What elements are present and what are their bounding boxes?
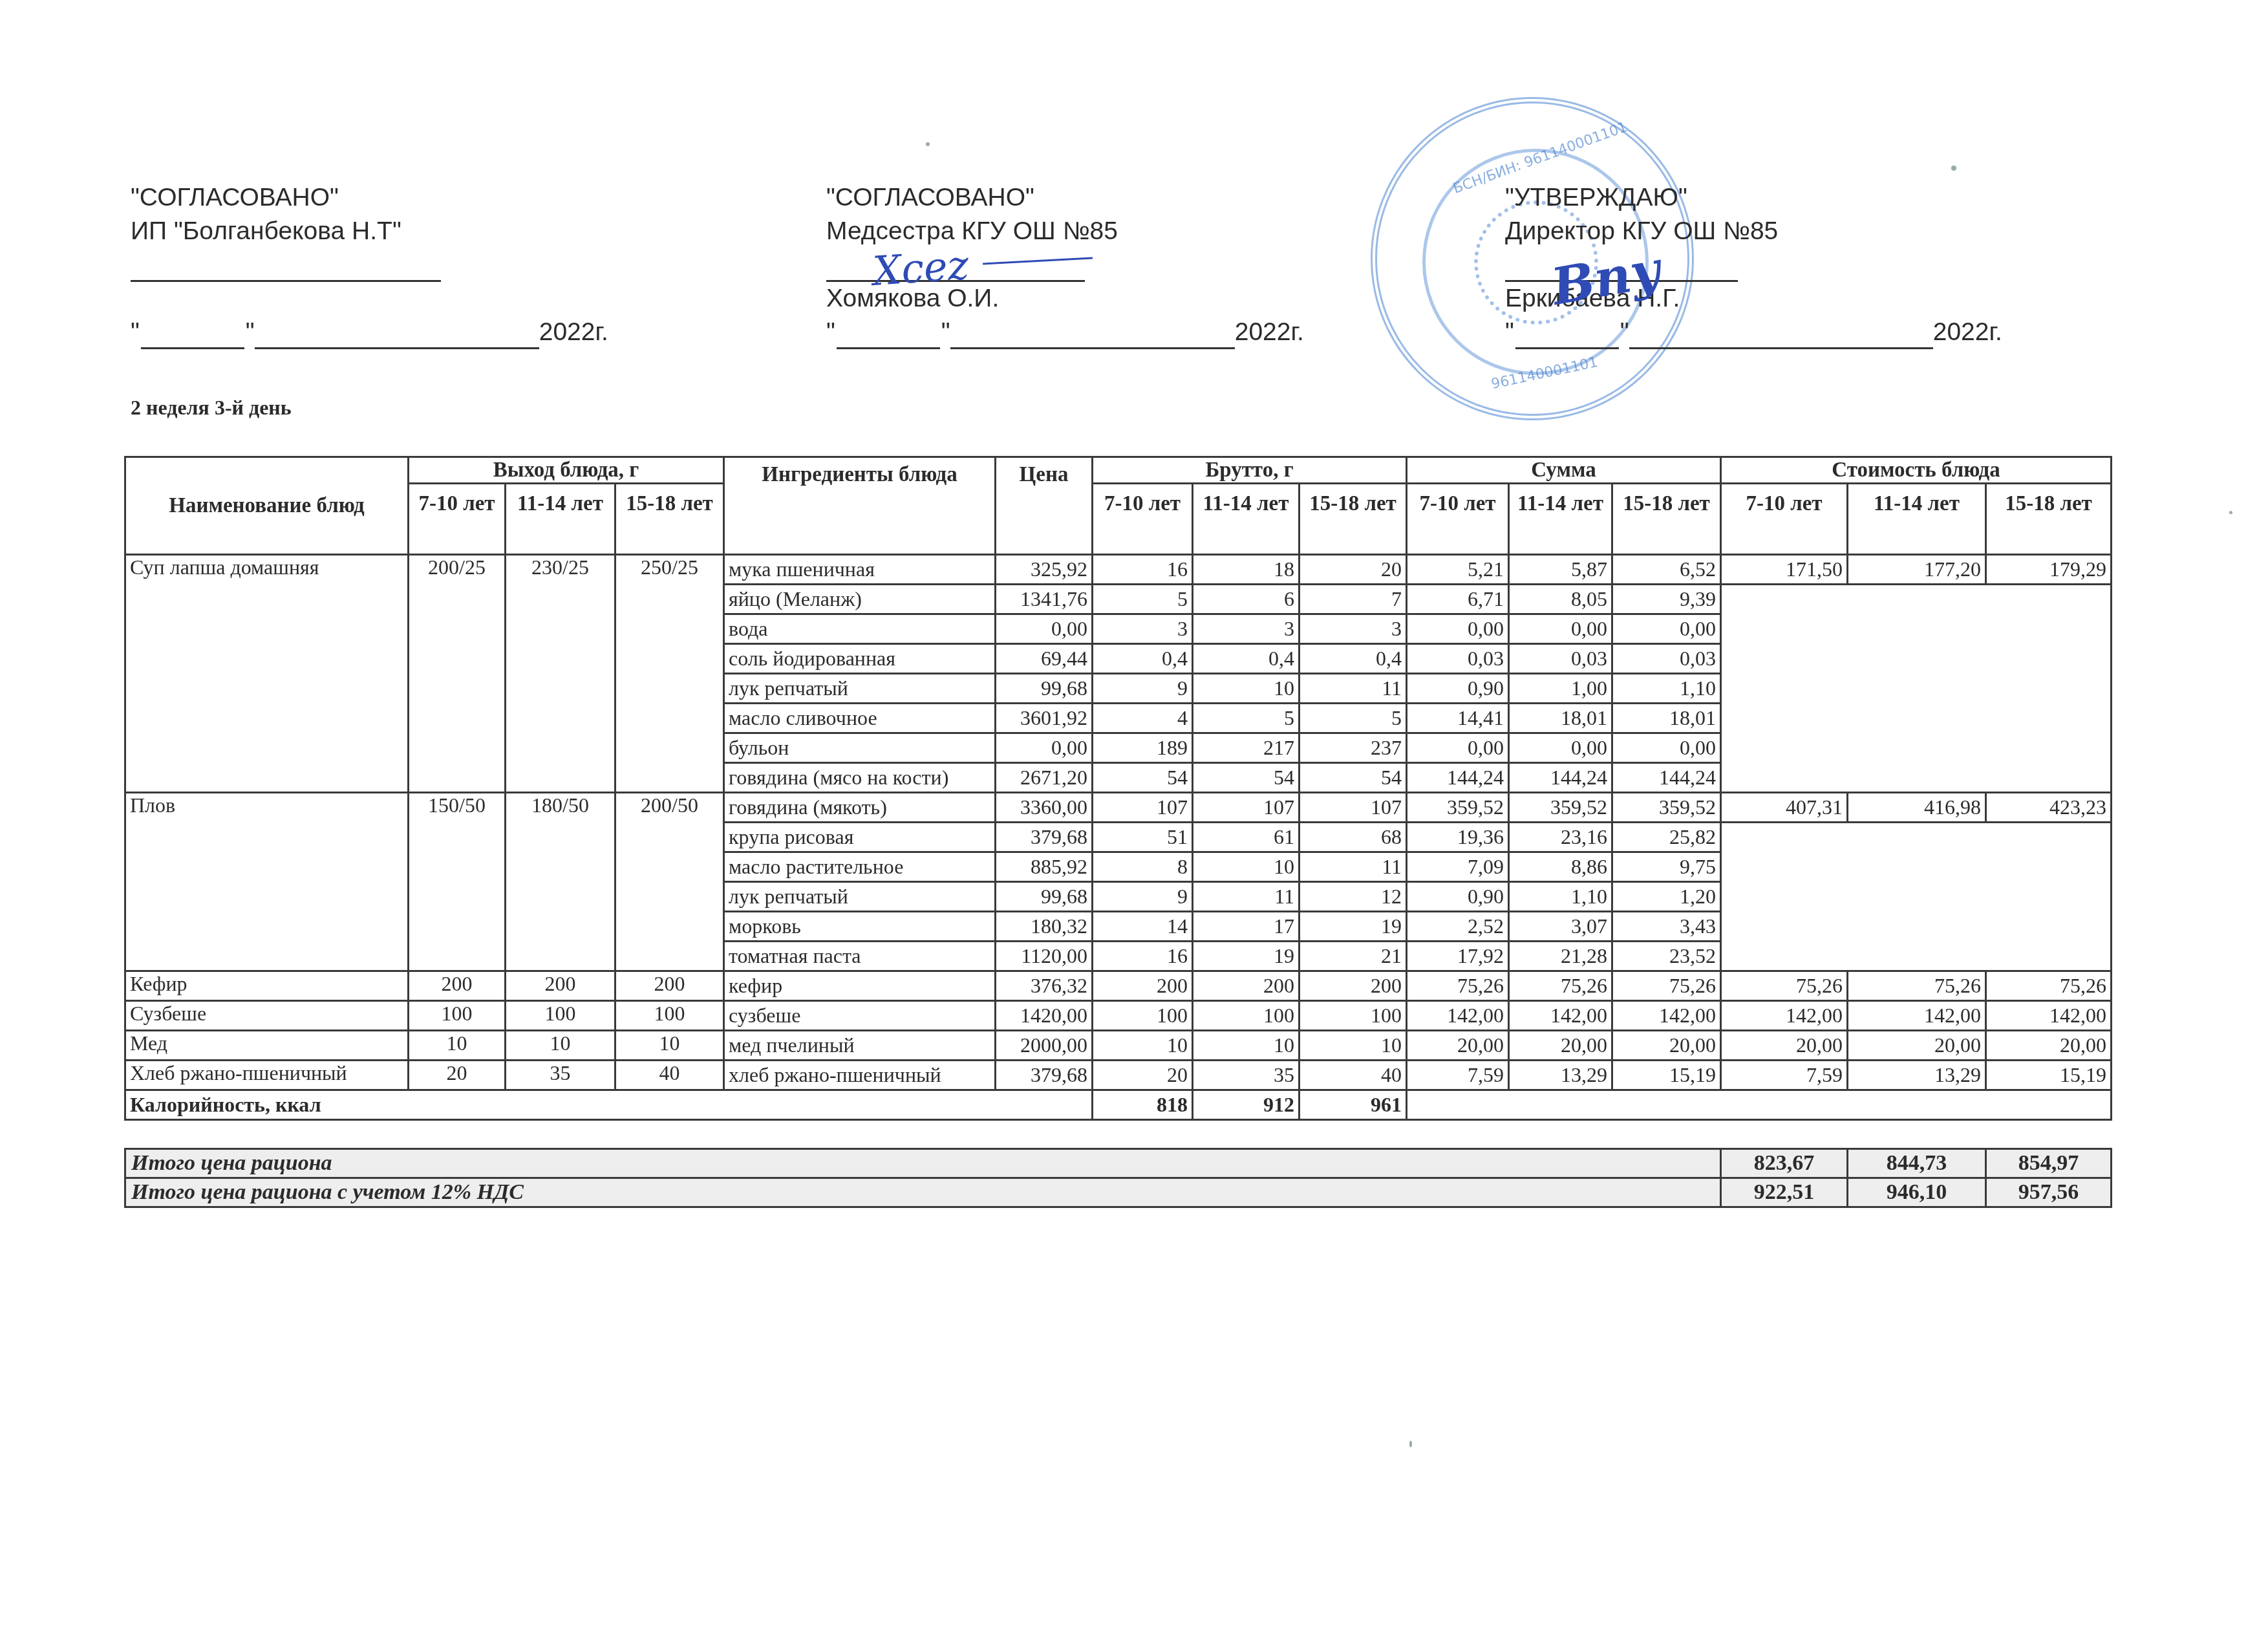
table-row: Сузбеше100100100сузбеше1420,001001001001… xyxy=(125,1001,2112,1031)
nurse-signature: Хсеz xyxy=(872,241,970,295)
dish-cost: 142,00 xyxy=(1848,1001,1986,1031)
ingredient-sum: 13,29 xyxy=(1509,1061,1612,1090)
gross-weight: 100 xyxy=(1300,1001,1407,1031)
gross-weight: 100 xyxy=(1093,1001,1193,1031)
dish-yield: 150/50 xyxy=(409,793,506,971)
dish-yield: 10 xyxy=(409,1031,506,1061)
ingredient-price: 3601,92 xyxy=(996,704,1093,733)
ingredient-sum: 0,00 xyxy=(1612,733,1721,763)
ingredient-price: 69,44 xyxy=(996,644,1093,674)
ingredient-sum: 23,16 xyxy=(1509,823,1612,852)
gross-weight: 100 xyxy=(1193,1001,1300,1031)
header-age: 11-14 лет xyxy=(506,484,615,555)
gross-weight: 5 xyxy=(1193,704,1300,733)
ingredient-sum: 359,52 xyxy=(1407,793,1509,823)
header-age: 11-14 лет xyxy=(1509,484,1612,555)
gross-weight: 4 xyxy=(1093,704,1193,733)
signature-line xyxy=(131,254,441,282)
ingredient-price: 3360,00 xyxy=(996,793,1093,823)
dish-yield: 100 xyxy=(615,1001,724,1031)
ingredient-name: говядина (мякоть) xyxy=(724,793,996,823)
dish-cost: 15,19 xyxy=(1986,1061,2112,1090)
ingredient-name: яйцо (Меланж) xyxy=(724,585,996,614)
totals-row-vat: Итого цена рациона с учетом 12% НДС 922,… xyxy=(125,1178,2112,1207)
ingredient-name: хлеб ржано-пшеничный xyxy=(724,1061,996,1090)
ingredient-sum: 6,52 xyxy=(1612,555,1721,585)
header-age: 11-14 лет xyxy=(1193,484,1300,555)
dish-yield: 200 xyxy=(506,971,615,1001)
dish-yield: 100 xyxy=(409,1001,506,1031)
dish-cost: 423,23 xyxy=(1986,793,2112,823)
dish-yield: 180/50 xyxy=(506,793,615,971)
header-age: 7-10 лет xyxy=(1721,484,1848,555)
gross-weight: 237 xyxy=(1300,733,1407,763)
gross-weight: 0,4 xyxy=(1300,644,1407,674)
ingredient-sum: 144,24 xyxy=(1509,763,1612,793)
ingredient-sum: 0,03 xyxy=(1612,644,1721,674)
dish-name: Мед xyxy=(125,1031,409,1061)
total-value: 844,73 xyxy=(1848,1149,1986,1178)
ingredient-sum: 0,00 xyxy=(1407,614,1509,644)
ingredient-sum: 18,01 xyxy=(1612,704,1721,733)
gross-weight: 200 xyxy=(1193,971,1300,1001)
dish-cost: 142,00 xyxy=(1986,1001,2112,1031)
dish-yield: 230/25 xyxy=(506,555,615,793)
gross-weight: 107 xyxy=(1193,793,1300,823)
dish-cost: 13,29 xyxy=(1848,1061,1986,1090)
gross-weight: 54 xyxy=(1300,763,1407,793)
month-blank xyxy=(1629,324,1933,349)
ingredient-name: вода xyxy=(724,614,996,644)
ingredient-sum: 0,00 xyxy=(1509,733,1612,763)
ingredient-sum: 7,59 xyxy=(1407,1061,1509,1090)
ingredient-sum: 9,75 xyxy=(1612,852,1721,882)
total-vat-value: 957,56 xyxy=(1986,1178,2112,1207)
table-row: Мед101010мед пчелиный2000,0010101020,002… xyxy=(125,1031,2112,1061)
gross-weight: 11 xyxy=(1300,674,1407,704)
table-row: Плов150/50180/50200/50говядина (мякоть)3… xyxy=(125,793,2112,823)
gross-weight: 19 xyxy=(1300,912,1407,942)
gross-weight: 61 xyxy=(1193,823,1300,852)
ingredient-name: лук репчатый xyxy=(724,882,996,912)
gross-weight: 14 xyxy=(1093,912,1193,942)
ingredient-price: 2671,20 xyxy=(996,763,1093,793)
gross-weight: 7 xyxy=(1300,585,1407,614)
ingredient-sum: 1,00 xyxy=(1509,674,1612,704)
total-value: 823,67 xyxy=(1721,1149,1848,1178)
table-row: Суп лапша домашняя200/25230/25250/25мука… xyxy=(125,555,2112,585)
gross-weight: 19 xyxy=(1193,942,1300,971)
gross-weight: 9 xyxy=(1093,674,1193,704)
calories-value: 912 xyxy=(1193,1090,1300,1120)
dish-yield: 200/50 xyxy=(615,793,724,971)
header-sum: Сумма xyxy=(1407,457,1721,484)
dish-cost: 20,00 xyxy=(1986,1031,2112,1061)
calories-blank xyxy=(1407,1090,2112,1120)
day-blank xyxy=(837,324,940,349)
header-age: 15-18 лет xyxy=(1612,484,1721,555)
dish-yield: 35 xyxy=(506,1061,615,1090)
total-vat-value: 946,10 xyxy=(1848,1178,1986,1207)
ingredient-price: 1120,00 xyxy=(996,942,1093,971)
ingredient-sum: 1,20 xyxy=(1612,882,1721,912)
gross-weight: 0,4 xyxy=(1193,644,1300,674)
scan-speck xyxy=(1951,166,1956,171)
total-value: 854,97 xyxy=(1986,1149,2112,1178)
ingredient-sum: 1,10 xyxy=(1612,674,1721,704)
approval-heading: "УТВЕРЖДАЮ" xyxy=(1505,181,2002,215)
dish-cost: 179,29 xyxy=(1986,555,2112,585)
ingredient-sum: 18,01 xyxy=(1509,704,1612,733)
approval-heading: "СОГЛАСОВАНО" xyxy=(826,181,1304,215)
ingredient-sum: 8,05 xyxy=(1509,585,1612,614)
gross-weight: 107 xyxy=(1300,793,1407,823)
ingredient-sum: 75,26 xyxy=(1612,971,1721,1001)
ingredient-sum: 144,24 xyxy=(1612,763,1721,793)
gross-weight: 189 xyxy=(1093,733,1193,763)
ingredient-price: 2000,00 xyxy=(996,1031,1093,1061)
dish-yield: 200/25 xyxy=(409,555,506,793)
gross-weight: 16 xyxy=(1093,942,1193,971)
ingredient-sum: 5,21 xyxy=(1407,555,1509,585)
day-blank xyxy=(1515,324,1619,349)
totals-row: Итого цена рациона 823,67 844,73 854,97 xyxy=(125,1149,2112,1178)
ingredient-name: крупа рисовая xyxy=(724,823,996,852)
header-age: 7-10 лет xyxy=(1093,484,1193,555)
gross-weight: 35 xyxy=(1193,1061,1300,1090)
gross-weight: 20 xyxy=(1300,555,1407,585)
gross-weight: 18 xyxy=(1193,555,1300,585)
header-dish-cost: Стоимость блюда xyxy=(1721,457,2112,484)
gross-weight: 10 xyxy=(1093,1031,1193,1061)
header-age: 15-18 лет xyxy=(1986,484,2112,555)
date-line: ""2022г. xyxy=(1505,316,2002,349)
date-line: ""2022г. xyxy=(131,316,608,349)
ingredient-sum: 142,00 xyxy=(1612,1001,1721,1031)
ingredient-sum: 5,87 xyxy=(1509,555,1612,585)
ingredient-sum: 0,00 xyxy=(1509,614,1612,644)
gross-weight: 3 xyxy=(1300,614,1407,644)
ingredient-name: мука пшеничная xyxy=(724,555,996,585)
gross-weight: 11 xyxy=(1193,882,1300,912)
header-ingredients: Ингредиенты блюда xyxy=(724,457,996,555)
menu-table: Наименование блюд Выход блюда, г Ингреди… xyxy=(124,456,2112,1121)
scan-speck xyxy=(2229,511,2232,514)
dish-yield: 200 xyxy=(409,971,506,1001)
gross-weight: 200 xyxy=(1300,971,1407,1001)
dish-yield: 40 xyxy=(615,1061,724,1090)
header-yield: Выход блюда, г xyxy=(409,457,724,484)
gross-weight: 54 xyxy=(1193,763,1300,793)
approval-org: ИП "Болганбекова Н.Т" xyxy=(131,215,608,248)
ingredient-name: кефир xyxy=(724,971,996,1001)
approval-heading: "СОГЛАСОВАНО" xyxy=(131,181,608,215)
ingredient-price: 0,00 xyxy=(996,614,1093,644)
gross-weight: 217 xyxy=(1193,733,1300,763)
ingredient-sum: 1,10 xyxy=(1509,882,1612,912)
ingredient-name: морковь xyxy=(724,912,996,942)
calories-label: Калорийность, ккал xyxy=(125,1090,1093,1120)
ingredient-sum: 144,24 xyxy=(1407,763,1509,793)
date-year: 2022г. xyxy=(539,318,608,346)
table-row: Кефир200200200кефир376,3220020020075,267… xyxy=(125,971,2112,1001)
ingredient-sum: 17,92 xyxy=(1407,942,1509,971)
ingredient-sum: 20,00 xyxy=(1407,1031,1509,1061)
gross-weight: 20 xyxy=(1093,1061,1193,1090)
ingredient-price: 99,68 xyxy=(996,882,1093,912)
ingredient-price: 379,68 xyxy=(996,823,1093,852)
dish-cost: 7,59 xyxy=(1721,1061,1848,1090)
header-price: Цена xyxy=(996,457,1093,555)
ingredient-sum: 0,90 xyxy=(1407,882,1509,912)
dish-cost: 407,31 xyxy=(1721,793,1848,823)
ingredient-price: 0,00 xyxy=(996,733,1093,763)
scan-speck xyxy=(1409,1441,1412,1447)
dish-cost-blank xyxy=(1721,585,2112,793)
ingredient-name: говядина (мясо на кости) xyxy=(724,763,996,793)
ingredient-price: 1420,00 xyxy=(996,1001,1093,1031)
gross-weight: 11 xyxy=(1300,852,1407,882)
ingredient-sum: 9,39 xyxy=(1612,585,1721,614)
week-day-title: 2 неделя 3-й день xyxy=(131,396,292,420)
header-age: 15-18 лет xyxy=(1300,484,1407,555)
ingredient-name: бульон xyxy=(724,733,996,763)
ingredient-sum: 75,26 xyxy=(1407,971,1509,1001)
ingredient-sum: 0,90 xyxy=(1407,674,1509,704)
dish-yield: 250/25 xyxy=(615,555,724,793)
gross-weight: 5 xyxy=(1300,704,1407,733)
ingredient-sum: 19,36 xyxy=(1407,823,1509,852)
dish-name: Кефир xyxy=(125,971,409,1001)
ingredient-sum: 15,19 xyxy=(1612,1061,1721,1090)
gross-weight: 107 xyxy=(1093,793,1193,823)
dish-cost: 416,98 xyxy=(1848,793,1986,823)
date-year: 2022г. xyxy=(1933,318,2002,346)
gross-weight: 17 xyxy=(1193,912,1300,942)
ingredient-sum: 25,82 xyxy=(1612,823,1721,852)
dish-name: Плов xyxy=(125,793,409,971)
gross-weight: 9 xyxy=(1093,882,1193,912)
ingredient-name: соль йодированная xyxy=(724,644,996,674)
ingredient-price: 376,32 xyxy=(996,971,1093,1001)
header-age: 7-10 лет xyxy=(409,484,506,555)
ingredient-sum: 142,00 xyxy=(1509,1001,1612,1031)
ingredient-sum: 21,28 xyxy=(1509,942,1612,971)
ingredient-sum: 20,00 xyxy=(1612,1031,1721,1061)
gross-weight: 16 xyxy=(1093,555,1193,585)
gross-weight: 6 xyxy=(1193,585,1300,614)
gross-weight: 12 xyxy=(1300,882,1407,912)
approval-block-supplier: "СОГЛАСОВАНО" ИП "Болганбекова Н.Т" ""20… xyxy=(131,181,608,349)
header-age: 15-18 лет xyxy=(615,484,724,555)
ingredient-sum: 0,00 xyxy=(1407,733,1509,763)
ingredient-price: 379,68 xyxy=(996,1061,1093,1090)
ingredient-sum: 359,52 xyxy=(1509,793,1612,823)
gross-weight: 3 xyxy=(1193,614,1300,644)
ingredient-name: масло сливочное xyxy=(724,704,996,733)
ingredient-sum: 0,03 xyxy=(1509,644,1612,674)
ingredient-sum: 20,00 xyxy=(1509,1031,1612,1061)
dish-name: Хлеб ржано-пшеничный xyxy=(125,1061,409,1090)
calories-value: 818 xyxy=(1093,1090,1193,1120)
ingredient-sum: 3,43 xyxy=(1612,912,1721,942)
date-line: ""2022г. xyxy=(826,316,1304,349)
header-gross: Брутто, г xyxy=(1093,457,1407,484)
ingredient-name: сузбеше xyxy=(724,1001,996,1031)
header-dish-name: Наименование блюд xyxy=(125,457,409,555)
ingredient-name: томатная паста xyxy=(724,942,996,971)
gross-weight: 5 xyxy=(1093,585,1193,614)
dish-cost: 75,26 xyxy=(1986,971,2112,1001)
dish-cost: 20,00 xyxy=(1848,1031,1986,1061)
ingredient-price: 325,92 xyxy=(996,555,1093,585)
gross-weight: 10 xyxy=(1193,852,1300,882)
dish-cost: 20,00 xyxy=(1721,1031,1848,1061)
gross-weight: 10 xyxy=(1300,1031,1407,1061)
approval-org: Директор КГУ ОШ №85 xyxy=(1505,215,2002,248)
gross-weight: 0,4 xyxy=(1093,644,1193,674)
ingredient-sum: 2,52 xyxy=(1407,912,1509,942)
calories-value: 961 xyxy=(1300,1090,1407,1120)
dish-cost: 75,26 xyxy=(1721,971,1848,1001)
dish-yield: 10 xyxy=(506,1031,615,1061)
ingredient-sum: 142,00 xyxy=(1407,1001,1509,1031)
header-age: 11-14 лет xyxy=(1848,484,1986,555)
dish-cost: 177,20 xyxy=(1848,555,1986,585)
ingredient-name: лук репчатый xyxy=(724,674,996,704)
scan-speck xyxy=(926,142,930,146)
dish-name: Сузбеше xyxy=(125,1001,409,1031)
ingredient-sum: 3,07 xyxy=(1509,912,1612,942)
total-vat-label: Итого цена рациона с учетом 12% НДС xyxy=(125,1178,1721,1207)
total-vat-value: 922,51 xyxy=(1721,1178,1848,1207)
month-blank xyxy=(255,324,539,349)
ingredient-sum: 75,26 xyxy=(1509,971,1612,1001)
gross-weight: 54 xyxy=(1093,763,1193,793)
ingredient-name: масло растительное xyxy=(724,852,996,882)
dish-name: Суп лапша домашняя xyxy=(125,555,409,793)
dish-yield: 100 xyxy=(506,1001,615,1031)
ingredient-price: 99,68 xyxy=(996,674,1093,704)
dish-cost: 171,50 xyxy=(1721,555,1848,585)
gross-weight: 21 xyxy=(1300,942,1407,971)
ingredient-price: 180,32 xyxy=(996,912,1093,942)
dish-yield: 20 xyxy=(409,1061,506,1090)
dish-cost: 75,26 xyxy=(1848,971,1986,1001)
ingredient-sum: 359,52 xyxy=(1612,793,1721,823)
day-blank xyxy=(141,324,244,349)
dish-yield: 10 xyxy=(615,1031,724,1061)
calories-row: Калорийность, ккал818912961 xyxy=(125,1090,2112,1120)
ingredient-sum: 8,86 xyxy=(1509,852,1612,882)
ingredient-name: мед пчелиный xyxy=(724,1031,996,1061)
gross-weight: 68 xyxy=(1300,823,1407,852)
totals-table: Итого цена рациона 823,67 844,73 854,97 … xyxy=(124,1148,2112,1208)
header-age: 7-10 лет xyxy=(1407,484,1509,555)
dish-cost: 142,00 xyxy=(1721,1001,1848,1031)
month-blank xyxy=(950,324,1235,349)
ingredient-sum: 6,71 xyxy=(1407,585,1509,614)
gross-weight: 3 xyxy=(1093,614,1193,644)
gross-weight: 40 xyxy=(1300,1061,1407,1090)
ingredient-sum: 23,52 xyxy=(1612,942,1721,971)
gross-weight: 10 xyxy=(1193,674,1300,704)
dish-yield: 200 xyxy=(615,971,724,1001)
ingredient-price: 1341,76 xyxy=(996,585,1093,614)
date-year: 2022г. xyxy=(1235,318,1304,346)
gross-weight: 51 xyxy=(1093,823,1193,852)
ingredient-sum: 0,03 xyxy=(1407,644,1509,674)
gross-weight: 10 xyxy=(1193,1031,1300,1061)
ingredient-price: 885,92 xyxy=(996,852,1093,882)
menu-table-body: Суп лапша домашняя200/25230/25250/25мука… xyxy=(125,555,2112,1120)
table-row: Хлеб ржано-пшеничный203540хлеб ржано-пше… xyxy=(125,1061,2112,1090)
ingredient-sum: 0,00 xyxy=(1612,614,1721,644)
gross-weight: 8 xyxy=(1093,852,1193,882)
ingredient-sum: 7,09 xyxy=(1407,852,1509,882)
ingredient-sum: 14,41 xyxy=(1407,704,1509,733)
total-label: Итого цена рациона xyxy=(125,1149,1721,1178)
approval-org: Медсестра КГУ ОШ №85 xyxy=(826,215,1304,248)
gross-weight: 200 xyxy=(1093,971,1193,1001)
dish-cost-blank xyxy=(1721,823,2112,971)
